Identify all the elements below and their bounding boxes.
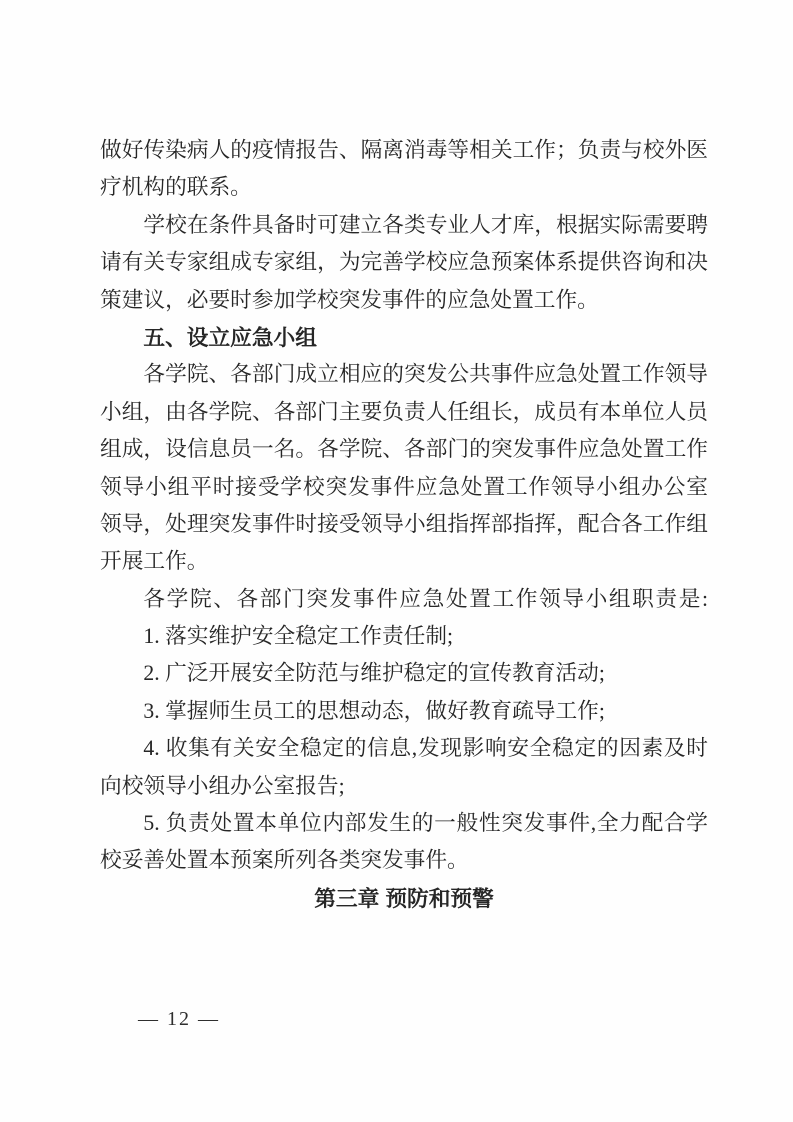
document-body: 做好传染病人的疫情报告、隔离消毒等相关工作；负责与校外医疗机构的联系。学校在条件… (100, 132, 708, 917)
text-line: 策建议，必要时参加学校突发事件的应急处置工作。 (100, 282, 708, 319)
chapter-heading: 第三章 预防和预警 (100, 880, 708, 917)
text-line: 向校领导小组办公室报告; (100, 768, 708, 805)
text-line: 请有关专家组成专家组，为完善学校应急预案体系提供咨询和决 (100, 244, 708, 281)
section-heading: 五、设立应急小组 (100, 319, 708, 356)
text-line: 各学院、各部门成立相应的突发公共事件应急处置工作领导 (100, 356, 708, 393)
document-page: 做好传染病人的疫情报告、隔离消毒等相关工作；负责与校外医疗机构的联系。学校在条件… (0, 0, 793, 1122)
page-footer: — 12 — (138, 1004, 220, 1034)
text-line: 开展工作。 (100, 543, 708, 580)
text-line: 领导，处理突发事件时接受领导小组指挥部指挥，配合各工作组 (100, 506, 708, 543)
text-line: 组成，设信息员一名。各学院、各部门的突发事件应急处置工作 (100, 431, 708, 468)
list-item: 1. 落实维护安全稳定工作责任制; (100, 618, 708, 655)
list-item: 5. 负责处置本单位内部发生的一般性突发事件,全力配合学 (100, 805, 708, 842)
list-item: 3. 掌握师生员工的思想动态，做好教育疏导工作; (100, 693, 708, 730)
text-line: 疗机构的联系。 (100, 169, 708, 206)
text-line: 做好传染病人的疫情报告、隔离消毒等相关工作；负责与校外医 (100, 132, 708, 169)
text-line: 学校在条件具备时可建立各类专业人才库，根据实际需要聘 (100, 207, 708, 244)
text-line: 小组，由各学院、各部门主要负责人任组长，成员有本单位人员 (100, 394, 708, 431)
text-line: 各学院、各部门突发事件应急处置工作领导小组职责是: (100, 581, 708, 618)
text-line: 校妥善处置本预案所列各类突发事件。 (100, 842, 708, 879)
text-line: 领导小组平时接受学校突发事件应急处置工作领导小组办公室 (100, 469, 708, 506)
list-item: 2. 广泛开展安全防范与维护稳定的宣传教育活动; (100, 655, 708, 692)
list-item: 4. 收集有关安全稳定的信息,发现影响安全稳定的因素及时 (100, 730, 708, 767)
